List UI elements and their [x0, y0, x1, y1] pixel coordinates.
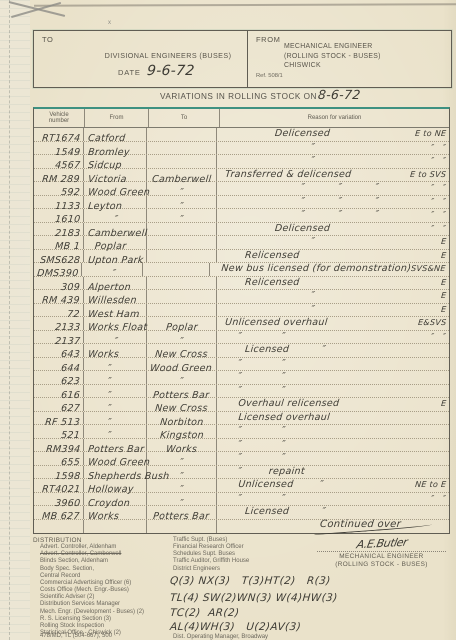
distribution-item: Rolling Stock Inspection	[33, 623, 183, 630]
reason-cell: Unlicensed ″NE to E	[217, 479, 449, 492]
from-value: Works Float	[87, 322, 147, 334]
to-cell	[147, 236, 217, 249]
reason-value: ″ ″	[216, 493, 431, 505]
to-value: Norbiton	[159, 417, 204, 429]
scanned-page: x TO DIVISIONAL ENGINEERS (BUSES) DATE 9…	[0, 0, 456, 640]
reason-cell: ″″ ″	[217, 142, 449, 155]
vehicle-number: 309	[60, 282, 80, 294]
handwritten-garage-codes: Q(3) NX(3) T(3)HT(2) R(3)TL(4) SW(2)WN(3…	[170, 575, 338, 633]
vehicle-number: MB 1	[54, 241, 80, 253]
to-value: ″	[179, 457, 184, 469]
from-value: Willesden	[87, 295, 137, 307]
vehicle-number: 521	[60, 430, 80, 442]
allocation-code: E&SVS	[417, 317, 449, 329]
to-value: ″	[179, 484, 184, 496]
reason-value: Transferred & delicensed	[216, 169, 410, 181]
to-value: ″	[179, 376, 184, 388]
sender-lines: MECHANICAL ENGINEER (ROLLING STOCK - BUS…	[284, 42, 381, 71]
reason-value: ″ ″	[216, 358, 446, 370]
distribution-mid-list: Traffic Supt. (Buses)Financial Research …	[173, 537, 333, 573]
to-value: ″	[179, 471, 184, 483]
from-value: ″	[87, 214, 118, 226]
allocation-code: E	[440, 277, 449, 289]
allocation-code: ″ ″	[430, 182, 449, 194]
sender-line: CHISWICK	[284, 61, 381, 71]
from-value: ″	[87, 390, 112, 402]
vehicle-number: RM 289	[42, 174, 81, 186]
from-cell: Catford	[84, 128, 147, 141]
reason-cell: ″E	[217, 290, 449, 303]
from-value: Upton Park	[87, 255, 144, 267]
distribution-item: Schedules Supt. Buses	[173, 551, 333, 558]
sheet-edge-line	[34, 3, 456, 6]
sender-line: (ROLLING STOCK - BUSES)	[284, 52, 381, 62]
vehicle-number: MB 627	[42, 511, 81, 523]
reason-cell: RelicensedE	[217, 277, 449, 290]
distribution-title: DISTRIBUTION	[33, 537, 183, 544]
to-value: ″	[179, 498, 184, 510]
distribution-item: Financial Research Officer	[173, 544, 333, 551]
reason-value: Delicensed	[216, 128, 415, 140]
distribution-item: Mech. Engr. (Development - Buses) (2)	[33, 609, 183, 616]
page-left-margin	[0, 0, 30, 640]
continued-over-note: Continued over	[320, 514, 401, 532]
reason-value: ″ ″	[216, 385, 446, 397]
vehicle-number: 1598	[54, 471, 80, 483]
distribution-item: Body Spec. Section,	[33, 566, 183, 573]
form-title: VARIATIONS IN ROLLING STOCK ON	[160, 92, 317, 101]
col-header-vehicle: Vehicle number	[34, 109, 85, 127]
vehicle-number: RT4021	[41, 484, 80, 496]
date-label: DATE	[118, 68, 141, 77]
to-cell: Camberwell	[147, 169, 217, 182]
allocation-code: E	[440, 290, 449, 302]
from-value: Poplar	[87, 241, 126, 253]
reason-value: ″ ″	[216, 425, 446, 437]
to-value: Potters Bar	[153, 390, 210, 402]
vehicle-number: 1610	[54, 214, 80, 226]
distribution-item: R. S. Licensing Section (3)	[33, 616, 183, 623]
reason-cell: ″ ″″ ″	[217, 331, 449, 344]
signer-role-line: (ROLLING STOCK - BUSES)	[313, 561, 450, 569]
reason-value: Relicensed	[216, 250, 441, 262]
to-value: ″	[179, 336, 184, 348]
distribution-item: Blinds Section, Aldenham	[33, 558, 183, 565]
reason-cell: DelicensedE to NE	[217, 128, 449, 141]
allocation-code: ″ ″	[430, 155, 449, 167]
reason-value: ″	[216, 142, 431, 154]
cutoff-line-left: 478/MD, TL (504-667), 500	[40, 633, 112, 639]
from-value: ″	[87, 430, 112, 442]
reason-value: New bus licensed (for demonstration)	[210, 263, 412, 275]
garage-code-line: Q(3) NX(3) T(3)HT(2) R(3)	[169, 575, 338, 587]
allocation-code: E to SVS	[409, 169, 449, 181]
col-header-reason: Reason for variation	[220, 109, 449, 127]
reason-cell: ″ ″	[217, 371, 449, 384]
to-value: Poplar	[165, 322, 198, 334]
distribution-item: Commercial Advertising Officer (6)	[33, 580, 183, 587]
vehicle-number: 2133	[54, 322, 80, 334]
reason-value: ″	[216, 290, 441, 302]
to-cell: Poplar	[147, 317, 217, 330]
from-value: Wood Green	[87, 187, 150, 199]
distribution-item: Scientific Adviser (2)	[33, 594, 183, 601]
reason-cell: New bus licensed (for demonstration)SVS&…	[210, 263, 449, 276]
vehicle-number: 1133	[54, 201, 80, 213]
reason-value: ″ ″	[216, 371, 446, 383]
reason-value: ″ ″	[216, 452, 446, 464]
reason-cell: ″E	[217, 304, 449, 317]
reason-cell: Licensed overhaul	[217, 412, 449, 425]
allocation-code: ″ ″	[430, 142, 449, 154]
from-value: ″	[87, 363, 112, 375]
pencil-tick-mark: x	[108, 20, 111, 26]
distribution-item: Traffic Auditor, Griffith House	[173, 558, 333, 565]
reason-value: Delicensed	[216, 223, 431, 235]
to-label: TO	[42, 35, 53, 44]
reason-value: ″ ″ ″	[216, 209, 431, 221]
allocation-code: E	[440, 304, 449, 316]
reason-cell: ″ ″″ ″	[217, 493, 449, 506]
reason-cell: ″ ″ ″″ ″	[217, 196, 449, 209]
signer-role-line: MECHANICAL ENGINEER	[313, 553, 450, 561]
vehicle-number: 623	[60, 376, 80, 388]
reason-cell: ″ ″ ″″ ″	[217, 182, 449, 195]
distribution-item: Central Record	[33, 573, 183, 580]
reason-cell: ″E	[217, 236, 449, 249]
to-value: New Cross	[155, 403, 209, 415]
distribution-left-list: DISTRIBUTION Advert. Controller, Aldenha…	[33, 537, 183, 637]
reason-cell: RelicensedE	[217, 250, 449, 263]
from-value: Works	[87, 349, 119, 361]
from-value: Camberwell	[87, 228, 147, 240]
vehicle-number: RM 439	[42, 295, 81, 307]
to-value: Kingston	[159, 430, 204, 442]
vehicle-number: 3960	[54, 498, 80, 510]
from-cell: FROM MECHANICAL ENGINEER (ROLLING STOCK …	[248, 31, 451, 87]
reason-value: Licensed overhaul	[216, 412, 446, 424]
to-cell	[147, 304, 217, 317]
vehicle-number: 4567	[54, 160, 80, 172]
from-value: Bromley	[87, 147, 130, 159]
reason-value: ″ ″	[216, 439, 446, 451]
to-cell: TO DIVISIONAL ENGINEERS (BUSES) DATE 9-6…	[34, 31, 248, 87]
reason-cell: Transferred & delicensedE to SVS	[217, 169, 449, 182]
reason-cell: Delicensed″ ″	[217, 223, 449, 236]
table-row: RT1674Catford DelicensedE to NE	[34, 128, 449, 142]
vehicle-number: RF 513	[44, 417, 80, 429]
garage-code-line: AL(4)WH(3) U(2)AV(3)	[169, 621, 338, 633]
from-label: FROM	[256, 35, 280, 44]
allocation-code: ″ ″	[430, 196, 449, 208]
from-value: Victoria	[87, 174, 127, 186]
handwritten-date: 9-6-72	[146, 63, 195, 79]
vehicle-number: DMS390	[36, 268, 79, 280]
allocation-code: ″ ″	[430, 331, 449, 343]
from-value: ″	[87, 336, 118, 348]
to-value: Potters Bar	[153, 511, 210, 523]
allocation-code: ″ ″	[430, 209, 449, 221]
signature: A.E.Butler	[355, 536, 408, 552]
reason-cell: ″ ″	[217, 439, 449, 452]
distribution-item: District Engineers	[173, 566, 333, 573]
allocation-code: SVS&NE	[411, 263, 450, 275]
reason-cell: ″ ″	[217, 385, 449, 398]
from-value: Catford	[87, 133, 125, 145]
vehicle-number: 2183	[54, 228, 80, 240]
to-cell	[147, 290, 217, 303]
from-value: Alperton	[87, 282, 131, 294]
distribution-item: Costs Office (Mech. Engr.-Buses)	[33, 587, 183, 594]
to-cell	[147, 250, 217, 263]
reason-cell: Licensed ″	[217, 344, 449, 357]
from-value: Wood Green	[87, 457, 150, 469]
vehicle-number: 644	[60, 363, 80, 375]
distribution-item: Advert. Controller, Camberwell	[33, 551, 183, 558]
from-value: Leyton	[87, 201, 122, 213]
vehicle-number: RT1674	[41, 133, 80, 145]
cutoff-line-mid: Dist. Operating Manager, Broadway	[173, 634, 268, 640]
from-value: Shepherds Bush	[87, 471, 169, 483]
to-cell	[147, 128, 217, 141]
reason-value: ″	[216, 304, 441, 316]
reason-cell: ″ ″ ″″ ″	[217, 209, 449, 222]
reason-value: ″ ″	[216, 331, 431, 343]
to-value: ″	[179, 187, 184, 199]
reason-value: Overhaul relicensed	[216, 398, 441, 410]
allocation-code: E	[440, 236, 449, 248]
reason-value: ″ repaint	[216, 466, 446, 478]
vehicle-number: 72	[67, 309, 81, 321]
vehicle-number: 643	[60, 349, 80, 361]
reason-value: Licensed ″	[216, 344, 446, 356]
garage-code-line: TC(2) AR(2)	[169, 607, 338, 619]
from-value: ″	[87, 403, 112, 415]
reason-cell: ″ ″	[217, 452, 449, 465]
margin-rule-line	[9, 0, 11, 640]
vehicle-number: 655	[60, 457, 80, 469]
reason-value: ″ ″ ″	[216, 182, 431, 194]
from-value: Sidcup	[87, 160, 122, 172]
from-value: ″	[86, 268, 117, 280]
from-value: ″	[87, 417, 112, 429]
allocation-code: ″ ″	[430, 223, 449, 235]
vehicle-number: 1549	[54, 147, 80, 159]
to-cell	[143, 263, 210, 276]
to-value: New Cross	[155, 349, 209, 361]
from-value: Holloway	[87, 484, 134, 496]
table-body: RT1674Catford DelicensedE to NE1549Broml…	[34, 128, 449, 533]
reason-cell: ″ ″	[217, 425, 449, 438]
from-value: Croydon	[87, 498, 130, 510]
allocation-code: NE to E	[414, 479, 449, 491]
garage-code-line: TL(4) SW(2)WN(3) W(4)HW(3)	[169, 592, 338, 604]
table-header-row: Vehicle number From To Reason for variat…	[34, 109, 449, 128]
to-value: ″	[179, 214, 184, 226]
distribution-item: Distribution Services Manager	[33, 601, 183, 608]
reason-value: ″ ″ ″	[216, 196, 431, 208]
to-value: Camberwell	[151, 174, 211, 186]
col-header-from: From	[85, 109, 149, 127]
col-header-to: To	[149, 109, 220, 127]
vehicle-number: 616	[60, 390, 80, 402]
to-from-box: TO DIVISIONAL ENGINEERS (BUSES) DATE 9-6…	[33, 30, 452, 88]
vehicle-number: 627	[60, 403, 80, 415]
reason-value: Unlicensed overhaul	[216, 317, 418, 329]
vehicle-number: 2137	[54, 336, 80, 348]
to-cell	[147, 142, 217, 155]
vehicle-cell: RT1674	[34, 128, 84, 141]
allocation-code: E	[440, 398, 449, 410]
vehicle-number: RM394	[45, 444, 80, 456]
to-value: Works	[165, 444, 197, 456]
to-cell	[147, 155, 217, 168]
reason-value: ″	[216, 155, 431, 167]
recipient-line: DIVISIONAL ENGINEERS (BUSES)	[34, 51, 247, 60]
reference-number: Ref. 508/1	[256, 73, 283, 79]
date-row: DATE 9-6-72	[118, 63, 194, 79]
allocation-code: E	[440, 250, 449, 262]
to-value: ″	[179, 201, 184, 213]
reason-cell: ″ repaint	[217, 466, 449, 479]
allocation-code: ″ ″	[430, 493, 449, 505]
reason-cell: ″ ″	[217, 358, 449, 371]
reason-value: ″	[216, 236, 441, 248]
signature-block: A.E.Butler MECHANICAL ENGINEER (ROLLING …	[313, 537, 450, 568]
reason-cell: ″″ ″	[217, 155, 449, 168]
distribution-item: Advert. Controller, Aldenham	[33, 544, 183, 551]
handwritten-title-date: 8-6-72	[317, 87, 361, 102]
sender-line: MECHANICAL ENGINEER	[284, 42, 381, 52]
reason-cell: Unlicensed overhaulE&SVS	[217, 317, 449, 330]
variations-table: Vehicle number From To Reason for variat…	[33, 107, 450, 534]
from-value: ″	[87, 376, 112, 388]
from-value: Works	[87, 511, 119, 523]
to-value: Wood Green	[150, 363, 213, 375]
allocation-code: E to NE	[414, 128, 449, 140]
from-value: West Ham	[87, 309, 140, 321]
reason-value: Unlicensed ″	[216, 479, 415, 491]
reason-value: Relicensed	[216, 277, 441, 289]
vehicle-number: SMS628	[39, 255, 80, 267]
signature-dotted-line	[317, 551, 446, 552]
from-value: Potters Bar	[87, 444, 144, 456]
distribution-item: Traffic Supt. (Buses)	[173, 537, 333, 544]
to-cell	[147, 277, 217, 290]
reason-cell: Overhaul relicensedE	[217, 398, 449, 411]
vehicle-number: 592	[60, 187, 80, 199]
